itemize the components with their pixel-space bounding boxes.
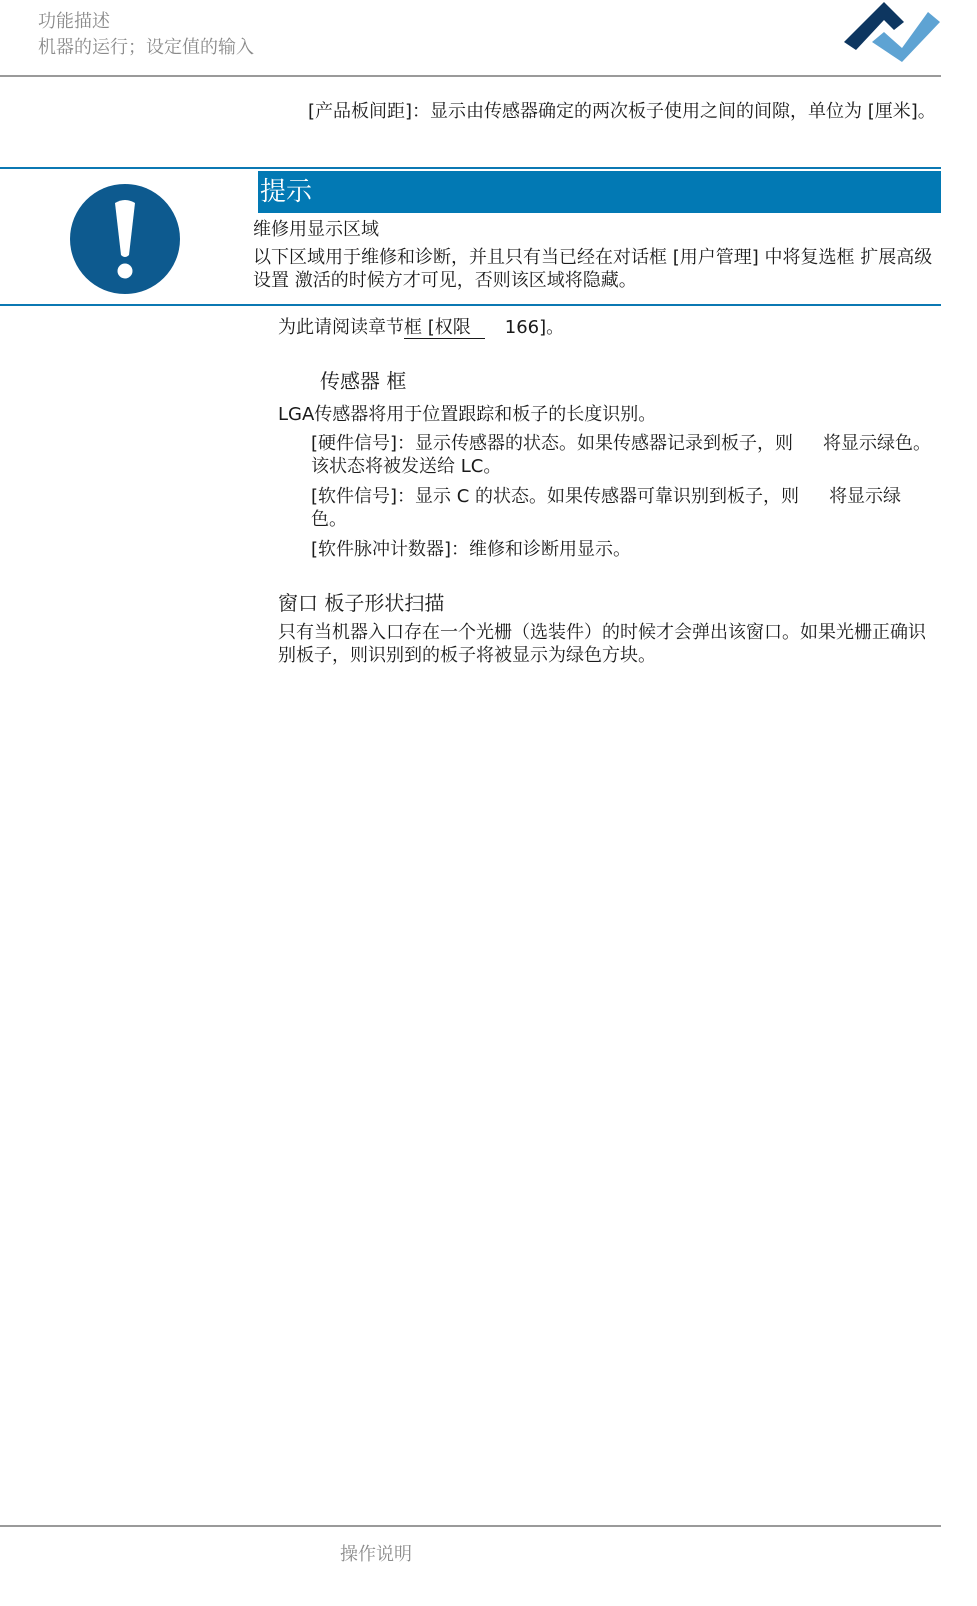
note-top-border [0,167,941,169]
pulse-counter-item: [软件脉冲计数器]：维修和诊断用显示。 [311,538,936,561]
reference-line: 为此请阅读章节框 [权限166]。 [278,316,564,339]
header-subtitle: 机器的运行；设定值的输入 [38,36,254,60]
note-bottom-border [0,304,941,306]
note-title-bar [258,171,941,213]
footer-divider [0,1525,941,1527]
software-signal-item: [软件信号]：显示 C 的状态。如果传感器可靠识别到板子，则将显示绿色。 [311,485,936,531]
company-logo-icon [842,0,942,64]
note-body: 以下区域用于维修和诊断，并且只有当已经在对话框 [用户管理] 中将复选框 扩展高… [253,246,933,292]
hardware-signal-text: [硬件信号]：显示传感器的状态。如果传感器记录到板子，则 [311,433,793,454]
product-gap-paragraph: [产品板间距]：显示由传感器确定的两次板子使用之间的间隙，单位为 [厘米]。 [308,100,938,123]
window-section-heading: 窗口 板子形状扫描 [278,590,444,616]
reference-link[interactable]: 框 [权限 [404,317,485,339]
header-title: 功能描述 [38,10,110,34]
sensor-section-heading: 传感器 框 [320,368,406,394]
footer-text: 操作说明 [340,1543,412,1567]
exclamation-circle-icon [69,183,181,295]
note-subtitle: 维修用显示区域 [253,218,379,241]
reference-prefix: 为此请阅读章节 [278,317,404,338]
window-section-body: 只有当机器入口存在一个光栅（选装件）的时候才会弹出该窗口。如果光栅正确识别板子，… [278,621,938,667]
software-signal-text: [软件信号]：显示 C 的状态。如果传感器可靠识别到板子，则 [311,486,799,507]
reference-page: 166]。 [505,317,564,338]
pulse-counter-text: [软件脉冲计数器]：维修和诊断用显示。 [311,539,631,560]
hardware-signal-item: [硬件信号]：显示传感器的状态。如果传感器记录到板子，则将显示绿色。该状态将被发… [311,432,936,478]
sensor-intro: LGA传感器将用于位置跟踪和板子的长度识别。 [278,403,656,426]
note-title: 提示 [260,175,312,209]
header-divider [0,75,941,77]
